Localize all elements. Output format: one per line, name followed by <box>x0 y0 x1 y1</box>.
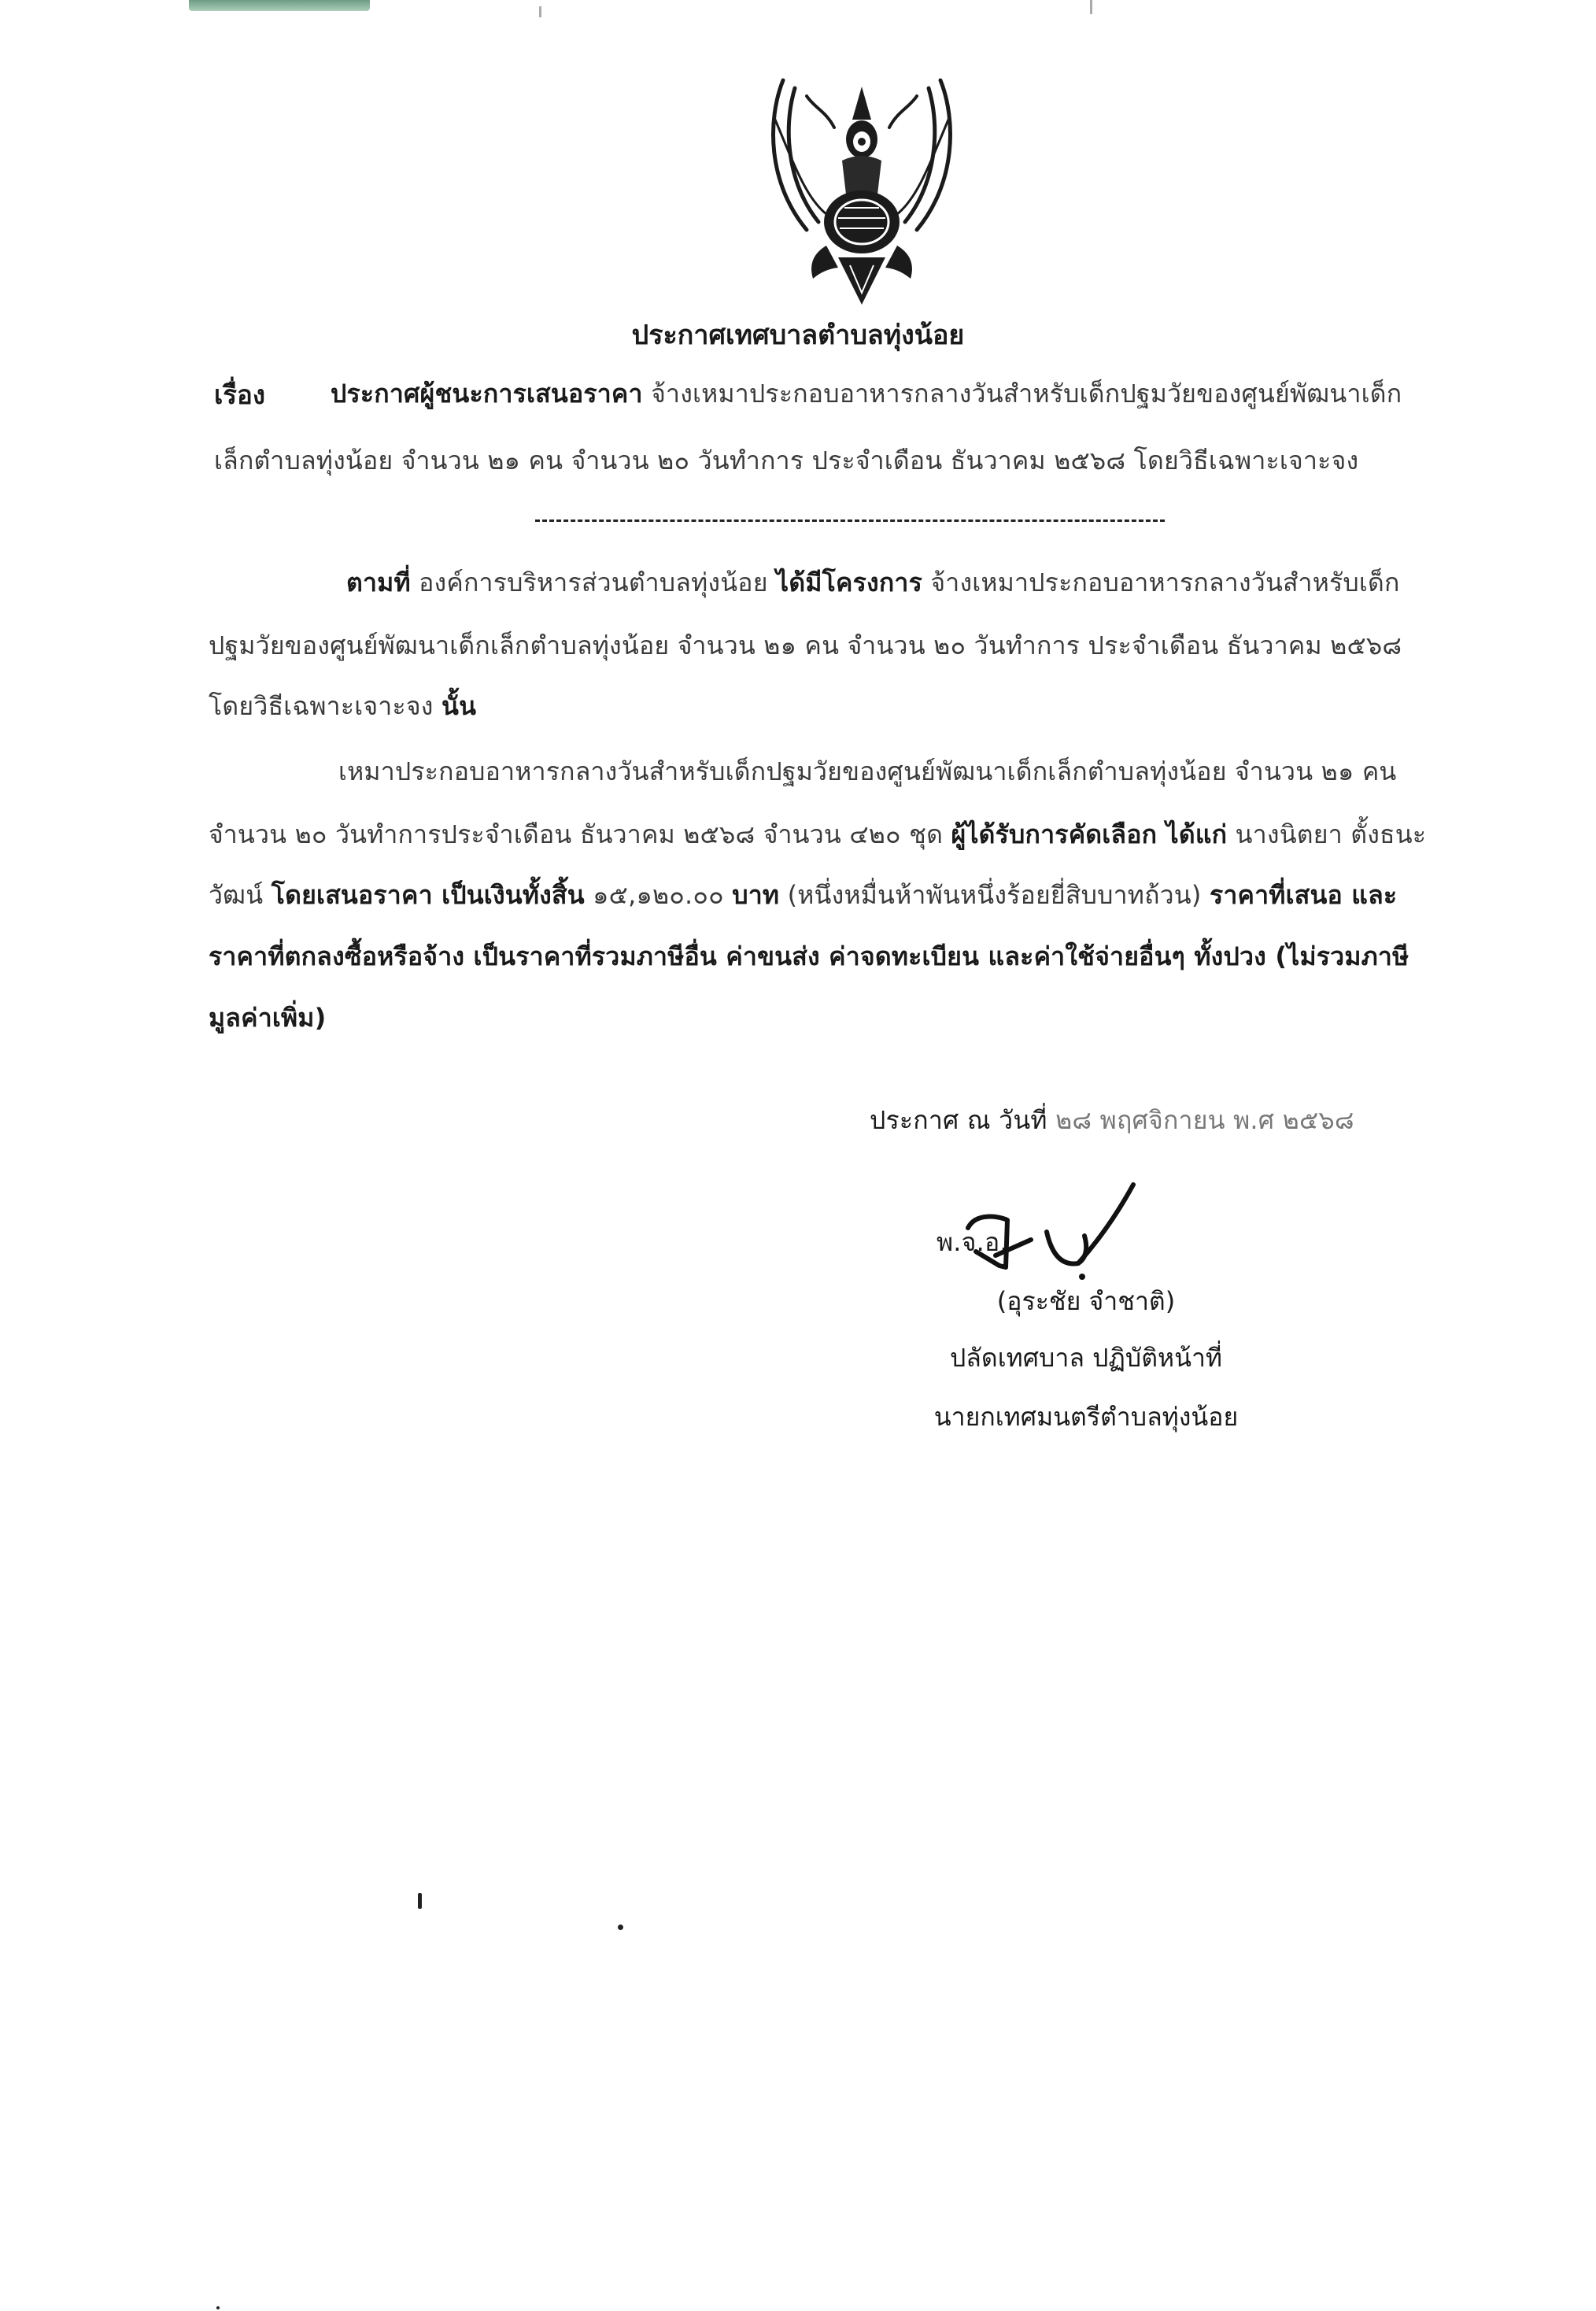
organization-name: องค์การบริหารส่วนตำบลทุ่งน้อย <box>419 568 768 597</box>
method-text: โดยวิธีเฉพาะเจาะจง <box>209 691 434 721</box>
signatory-position-2: นายกเทศมนตรีตำบลทุ่งน้อย <box>881 1397 1291 1437</box>
subject-line-2: เล็กตำบลทุ่งน้อย จำนวน ๒๑ คน จำนวน ๒๐ วั… <box>214 441 1358 481</box>
paragraph-lead: ตามที่ <box>346 568 411 597</box>
paragraph-2-line-4: ราคาที่ตกลงซื้อหรือจ้าง เป็นราคาที่รวมภา… <box>209 937 1409 977</box>
scan-artifact <box>189 0 370 11</box>
scan-artifact <box>216 2306 220 2309</box>
scan-artifact <box>618 1925 623 1930</box>
date-label: ประกาศ ณ วันที่ <box>870 1105 1047 1135</box>
document-title: ประกาศเทศบาลตำบลทุ่งน้อย <box>0 313 1596 356</box>
paragraph-1-line-1: ตามที่ องค์การบริหารส่วนตำบลทุ่งน้อย ได้… <box>346 563 1400 603</box>
separator-line <box>535 520 1165 522</box>
price-amount: ๑๕,๑๒๐.๐๐ <box>593 880 724 910</box>
date-value: ๒๘ พฤศจิกายน พ.ศ ๒๕๖๘ <box>1055 1105 1354 1135</box>
subject-label: เรื่อง <box>214 374 265 416</box>
price-label: โดยเสนอราคา เป็นเงินทั้งสิ้น <box>272 880 585 910</box>
subject-line-1: ประกาศผู้ชนะการเสนอราคา จ้างเหมาประกอบอา… <box>331 374 1402 414</box>
paragraph-2-line-2: จำนวน ๒๐ วันทำการประจำเดือน ธันวาคม ๒๕๖๘… <box>209 815 1426 855</box>
project-text: จ้างเหมาประกอบอาหารกลางวันสำหรับเด็ก <box>930 568 1399 597</box>
paragraph-2-line-5: มูลค่าเพิ่ม) <box>209 998 326 1038</box>
paragraph-1-line-3: โดยวิธีเฉพาะเจาะจง นั้น <box>209 686 476 727</box>
handwritten-signature <box>952 1181 1267 1283</box>
scan-artifact <box>418 1893 422 1909</box>
paragraph-1-line-2: ปฐมวัยของศูนย์พัฒนาเด็กเล็กตำบลทุ่งน้อย … <box>209 626 1402 666</box>
scan-artifact <box>1090 0 1092 14</box>
subject-text: จ้างเหมาประกอบอาหารกลางวันสำหรับเด็กปฐมว… <box>651 379 1402 409</box>
paragraph-end: นั้น <box>441 691 476 721</box>
subject-heading: ประกาศผู้ชนะการเสนอราคา <box>331 379 643 409</box>
project-label: ได้มีโครงการ <box>776 568 922 597</box>
signatory-position: ปลัดเทศบาล ปฏิบัติหน้าที่ <box>881 1338 1291 1378</box>
selected-label: ผู้ได้รับการคัดเลือก ได้แก่ <box>951 819 1227 849</box>
price-in-words: (หนึ่งหมื่นห้าพันหนึ่งร้อยยี่สิบบาทถ้วน) <box>788 880 1202 910</box>
winner-name: นางนิตยา ตั้งธนะ <box>1236 819 1427 849</box>
winner-name-cont: วัฒน์ <box>209 880 263 910</box>
currency-label: บาท <box>732 880 779 910</box>
quantity-text: จำนวน ๒๐ วันทำการประจำเดือน ธันวาคม ๒๕๖๘… <box>209 819 943 849</box>
scan-artifact <box>539 6 541 17</box>
signatory-name: (อุระชัย จำชาติ) <box>897 1281 1275 1322</box>
paragraph-2-line-3: วัฒน์ โดยเสนอราคา เป็นเงินทั้งสิ้น ๑๕,๑๒… <box>209 875 1397 915</box>
garuda-emblem-icon <box>752 72 972 309</box>
paragraph-2-line-1: เหมาประกอบอาหารกลางวันสำหรับเด็กปฐมวัยขอ… <box>338 752 1397 792</box>
price-note: ราคาที่เสนอ และ <box>1210 880 1397 910</box>
announcement-date: ประกาศ ณ วันที่ ๒๘ พฤศจิกายน พ.ศ ๒๕๖๘ <box>870 1100 1354 1141</box>
